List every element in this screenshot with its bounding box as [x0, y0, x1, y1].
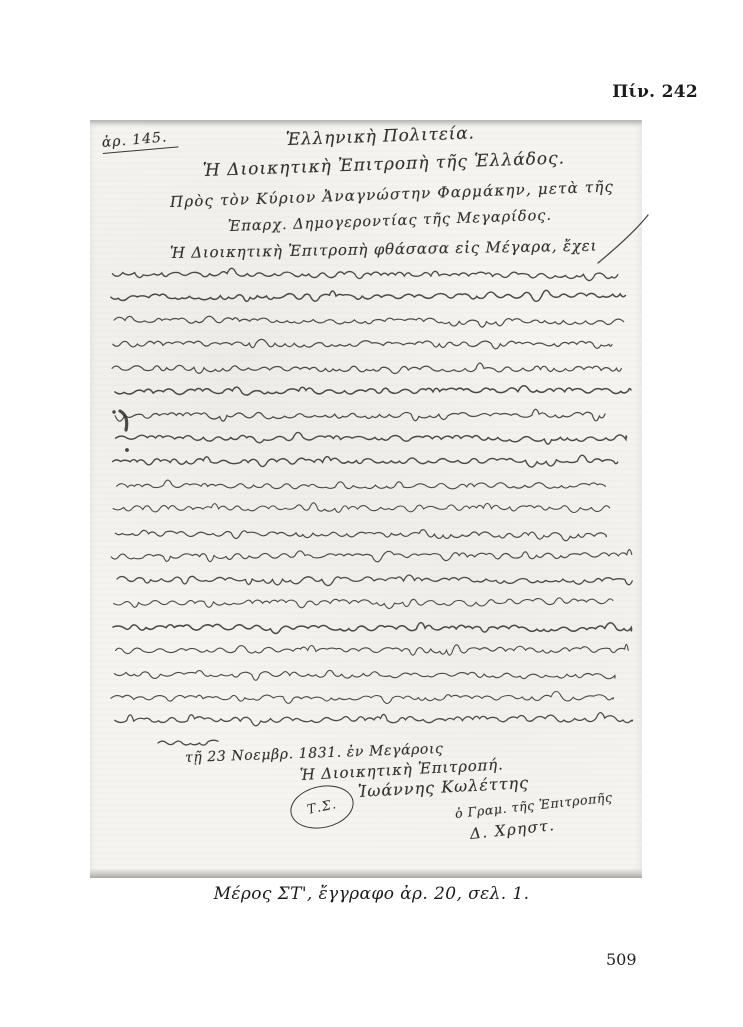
page-number: 509	[606, 950, 637, 969]
seal-initials-text: Τ.Σ.	[306, 797, 339, 818]
plate-number-label: Πίν. 242	[540, 82, 698, 102]
figure-caption: Μέρος ΣΤ', ἔγγραφο ἀρ. 20, σελ. 1.	[0, 884, 743, 904]
document-scan: ἀρ. 145. Ἑλληνικὴ Πολιτεία. Ἡ Διοικητικὴ…	[90, 120, 642, 878]
